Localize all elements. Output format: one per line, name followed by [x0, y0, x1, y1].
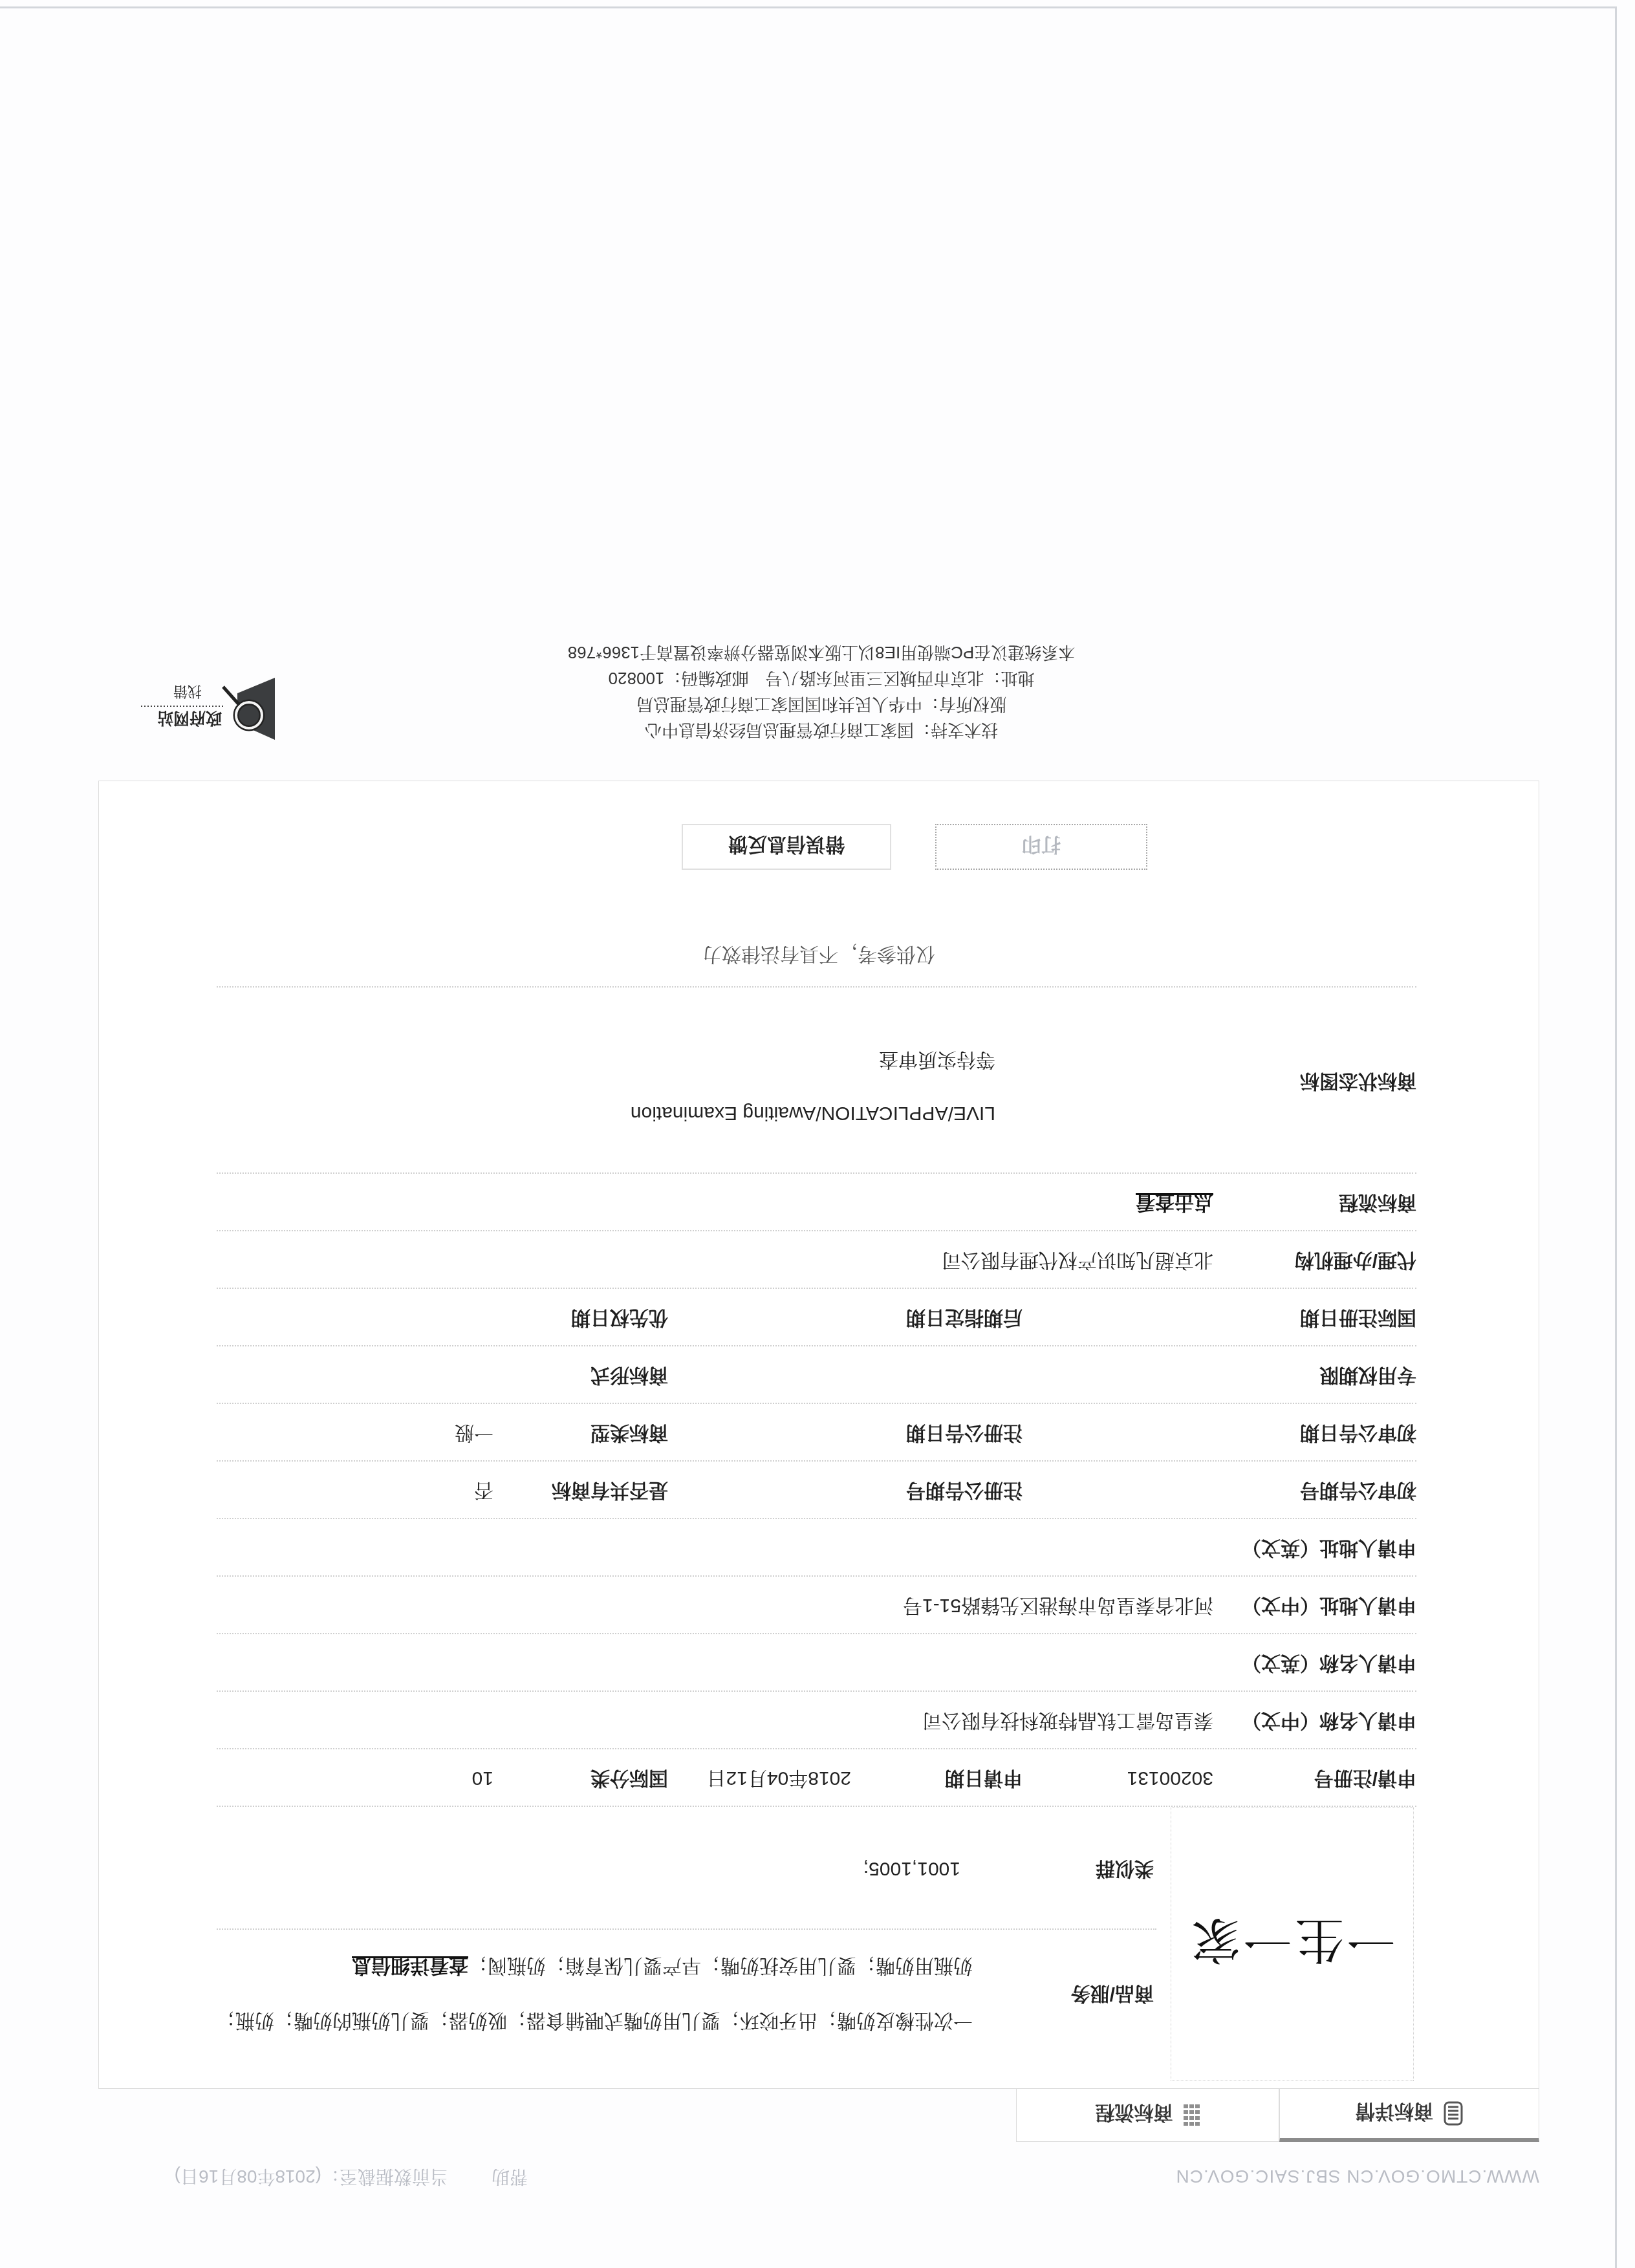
detail-row-applicant-address-cn: 申请人地址（中文） 河北省秦皇岛市海港区先锋路51-1号	[0, 1577, 1635, 1634]
mark-form-label: 商标形式	[590, 1346, 668, 1404]
detail-row-registration: 申请/注册号 30200131 申请日期 2018年04月12日 国际分类 10	[0, 1749, 1635, 1807]
application-date-value: 2018年04月12日	[707, 1749, 851, 1807]
footer: 技术支持：国家工商行政管理总局经济信息中心 版权所有：中华人民共和国国家工商行政…	[559, 640, 1084, 743]
agency-value: 北京超凡知识产权代理有限公司	[942, 1231, 1213, 1289]
help-link[interactable]: 帮助	[492, 2165, 528, 2188]
applicant-address-en-label: 申请人地址（英文）	[1242, 1519, 1416, 1577]
goods-services-label: 商品/服务	[1071, 1938, 1154, 2048]
detail-row-applicant-name-en: 申请人名称（英文）	[0, 1634, 1635, 1692]
tab-label: 商标流程	[1096, 2101, 1173, 2130]
similar-group-label: 类似群	[1096, 1807, 1154, 1930]
subsequent-designation-date-label: 后期指定日期	[906, 1289, 1023, 1346]
grid-icon	[1184, 2104, 1200, 2126]
detail-row-applicant-name-cn: 申请人名称（中文） 秦皇岛雷工钛晶特玻科技有限公司	[0, 1692, 1635, 1749]
agency-label: 代理/办理机构	[1295, 1231, 1416, 1289]
site-urls: WWW.CTMO.GOV.CN SBJ.SAIC.GOV.CN	[1175, 2165, 1539, 2188]
detail-row-right-period: 专用权期限 商标形式	[0, 1346, 1635, 1404]
mark-type-value: 一般	[455, 1404, 493, 1462]
intl-reg-date-label: 国际注册日期	[1300, 1289, 1416, 1346]
scan-edge	[0, 6, 1617, 8]
similar-group-value: 1001,1005;	[863, 1807, 960, 1930]
footer-browser-note: 本系统建议在PC端使用IE8以上版本浏览器分辨率设置高于1366*768	[559, 640, 1084, 665]
detail-row-process: 商标流程 点击查看	[0, 1174, 1635, 1231]
footer-copyright: 版权所有：中华人民共和国国家工商行政管理总局	[559, 691, 1084, 717]
goods-services-list: 一次性橡皮奶嘴；出牙咬环；婴儿用奶嘴式喂辅食器；吸奶器；婴儿奶瓶的奶嘴；奶瓶；奶…	[213, 1938, 973, 2048]
footer-address: 地址：北京市西城区三里河东路八号 邮政编码：100820	[559, 665, 1084, 691]
shared-mark-value: 否	[474, 1462, 493, 1519]
scan-edge	[1615, 7, 1617, 2268]
international-class-label: 国际分类	[590, 1749, 668, 1807]
detail-row-agency: 代理/办理机构 北京超凡知识产权代理有限公司	[0, 1231, 1635, 1289]
detail-row-international-dates: 国际注册日期 后期指定日期 优先权日期	[0, 1289, 1635, 1346]
goods-services-text: 一次性橡皮奶嘴；出牙咬环；婴儿用奶嘴式喂辅食器；吸奶器；婴儿奶瓶的奶嘴；奶瓶；奶…	[216, 1955, 973, 2031]
applicant-address-cn-value: 河北省秦皇岛市海港区先锋路51-1号	[903, 1577, 1213, 1634]
row-divider	[217, 986, 1416, 988]
applicant-address-cn-label: 申请人地址（中文）	[1242, 1577, 1416, 1634]
scanned-page: WWW.CTMO.GOV.CN SBJ.SAIC.GOV.CN 帮助 当前数据截…	[0, 0, 1635, 2268]
reg-pub-date-label: 注册公告日期	[906, 1404, 1023, 1462]
footer-tech-support: 技术支持：国家工商行政管理总局经济信息中心	[559, 717, 1084, 743]
tab-trademark-details[interactable]: 商标详情	[1279, 2089, 1539, 2142]
detail-row-applicant-address-en: 申请人地址（英文）	[0, 1519, 1635, 1577]
trademark-image-text: 一生一家	[1189, 1909, 1396, 1980]
gov-site-error-report-logo[interactable]: 政府网站 找错	[138, 673, 280, 745]
magnifier-icon	[223, 678, 275, 740]
document-list-icon	[1444, 2101, 1463, 2126]
trademark-image: 一生一家	[1171, 1807, 1414, 2081]
process-label: 商标流程	[1339, 1174, 1416, 1231]
view-details-link[interactable]: 查看详细信息	[352, 1955, 468, 1976]
status-icon-label: 商标状态图标	[1300, 988, 1416, 1174]
status-english: LIVE/APPLICATION/Awaiting Examination	[631, 1100, 995, 1126]
detail-row-publication-issue: 初审公告期号 注册公告期号 是否共有商标 否	[0, 1462, 1635, 1519]
applicant-name-en-label: 申请人名称（英文）	[1242, 1634, 1416, 1692]
priority-date-label: 优先权日期	[571, 1289, 668, 1346]
prelim-pub-date-label: 初审公告日期	[1300, 1404, 1416, 1462]
error-feedback-button[interactable]: 错误信息反馈	[682, 824, 891, 870]
applicant-name-cn-label: 申请人名称（中文）	[1242, 1692, 1416, 1749]
mark-type-label: 商标类型	[590, 1404, 668, 1462]
prelim-pub-issue-label: 初审公告期号	[1300, 1462, 1416, 1519]
detail-row-publication-date: 初审公告日期 注册公告日期 商标类型 一般	[0, 1404, 1635, 1462]
tab-trademark-process[interactable]: 商标流程	[1016, 2089, 1279, 2142]
row-divider	[217, 1928, 1156, 1930]
view-process-link[interactable]: 点击查看	[1136, 1174, 1213, 1231]
tab-label: 商标详情	[1356, 2099, 1433, 2128]
status-chinese: 等待实质审查	[879, 1046, 995, 1072]
international-class-value: 10	[472, 1749, 493, 1807]
print-button[interactable]: 打印	[935, 824, 1147, 870]
application-date-label: 申请日期	[945, 1749, 1023, 1807]
logo-line1: 政府网站	[157, 709, 222, 728]
data-as-of: 当前数据截至：(2018年08月16日)	[175, 2165, 448, 2188]
applicant-name-cn-value: 秦皇岛雷工钛晶特玻科技有限公司	[922, 1692, 1213, 1749]
logo-line2: 找错	[173, 684, 202, 700]
registration-number-label: 申请/注册号	[1314, 1749, 1416, 1807]
reg-pub-issue-label: 注册公告期号	[906, 1462, 1023, 1519]
shared-mark-label: 是否共有商标	[552, 1462, 668, 1519]
registration-number-value: 30200131	[1127, 1749, 1213, 1807]
disclaimer: 仅供参考，不具有法律效力	[98, 941, 1539, 967]
exclusive-right-period-label: 专用权期限	[1319, 1346, 1416, 1404]
